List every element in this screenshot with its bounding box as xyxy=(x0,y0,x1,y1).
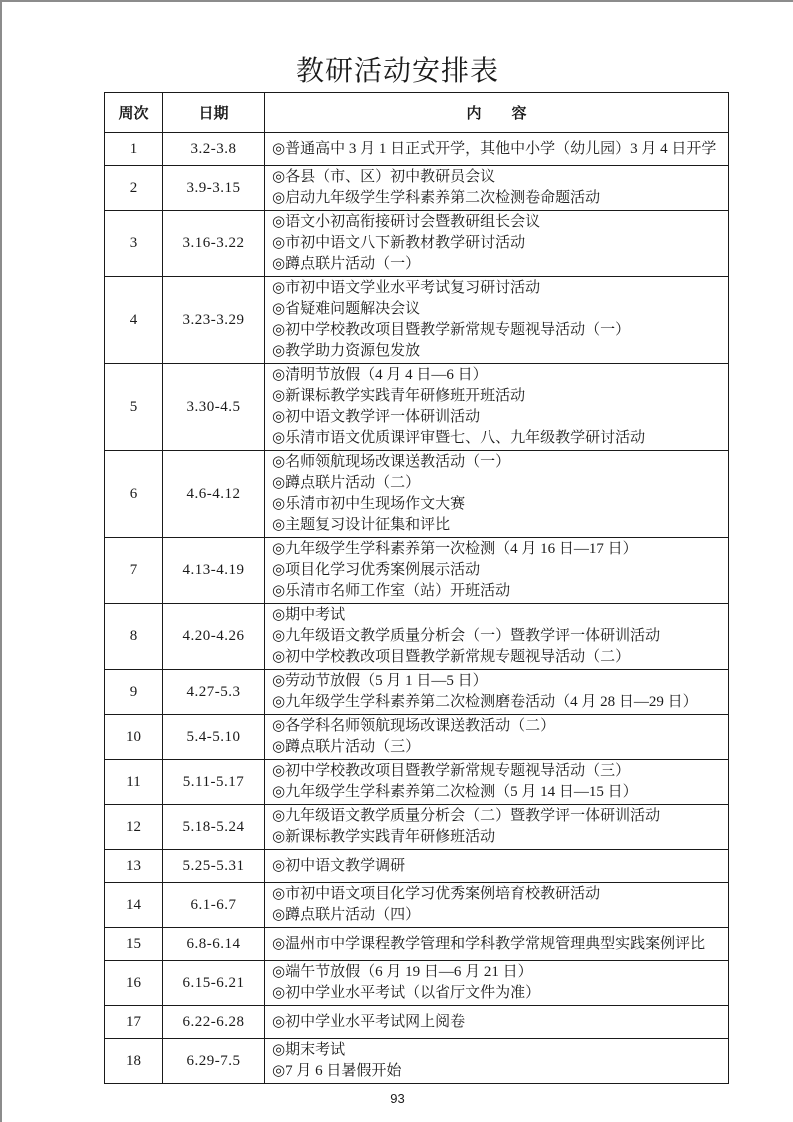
activity-item: ◎乐清市名师工作室（站）开班活动 xyxy=(272,581,724,602)
table-row: 43.23-3.29◎市初中语文学业水平考试复习研讨活动◎省疑难问题解决会议◎初… xyxy=(105,277,729,364)
activity-item: ◎教学助力资源包发放 xyxy=(272,341,724,362)
date-cell: 6.1-6.7 xyxy=(163,883,265,928)
page-title: 教研活动安排表 xyxy=(2,56,793,88)
header-week: 周次 xyxy=(105,93,163,133)
content-cell: ◎九年级学生学科素养第一次检测（4 月 16 日—17 日）◎项目化学习优秀案例… xyxy=(265,538,729,604)
activity-item: ◎名师领航现场改课送教活动（一） xyxy=(272,452,724,473)
table-row: 33.16-3.22◎语文小初高衔接研讨会暨教研组长会议◎市初中语文八下新教材教… xyxy=(105,211,729,277)
table-row: 186.29-7.5◎期末考试◎7 月 6 日暑假开始 xyxy=(105,1039,729,1084)
week-cell: 18 xyxy=(105,1039,163,1084)
activity-item: ◎初中学业水平考试网上阅卷 xyxy=(272,1012,724,1033)
week-cell: 1 xyxy=(105,133,163,166)
activity-item: ◎初中学校教改项目暨教学新常规专题视导活动（三） xyxy=(272,761,724,782)
schedule-body: 13.2-3.8◎普通高中 3 月 1 日正式开学，其他中小学（幼儿园）3 月 … xyxy=(105,133,729,1084)
schedule-table: 周次 日期 内 容 13.2-3.8◎普通高中 3 月 1 日正式开学，其他中小… xyxy=(104,92,729,1084)
table-row: 105.4-5.10◎各学科名师领航现场改课送教活动（二）◎蹲点联片活动（三） xyxy=(105,715,729,760)
table-row: 146.1-6.7◎市初中语文项目化学习优秀案例培育校教研活动◎蹲点联片活动（四… xyxy=(105,883,729,928)
content-cell: ◎清明节放假（4 月 4 日—6 日）◎新课标教学实践青年研修班开班活动◎初中语… xyxy=(265,364,729,451)
content-cell: ◎初中学校教改项目暨教学新常规专题视导活动（三）◎九年级学生学科素养第二次检测（… xyxy=(265,760,729,805)
activity-item: ◎九年级学生学科素养第一次检测（4 月 16 日—17 日） xyxy=(272,539,724,560)
table-row: 53.30-4.5◎清明节放假（4 月 4 日—6 日）◎新课标教学实践青年研修… xyxy=(105,364,729,451)
date-cell: 4.27-5.3 xyxy=(163,670,265,715)
week-cell: 2 xyxy=(105,166,163,211)
activity-item: ◎蹲点联片活动（三） xyxy=(272,737,724,758)
activity-item: ◎九年级学生学科素养第二次检测磨卷活动（4 月 28 日—29 日） xyxy=(272,692,724,713)
activity-item: ◎九年级学生学科素养第二次检测（5 月 14 日—15 日） xyxy=(272,782,724,803)
date-cell: 4.20-4.26 xyxy=(163,604,265,670)
week-cell: 12 xyxy=(105,805,163,850)
date-cell: 6.22-6.28 xyxy=(163,1006,265,1039)
activity-item: ◎蹲点联片活动（四） xyxy=(272,905,724,926)
activity-item: ◎清明节放假（4 月 4 日—6 日） xyxy=(272,365,724,386)
table-row: 64.6-4.12◎名师领航现场改课送教活动（一）◎蹲点联片活动（二）◎乐清市初… xyxy=(105,451,729,538)
week-cell: 7 xyxy=(105,538,163,604)
week-cell: 8 xyxy=(105,604,163,670)
activity-item: ◎语文小初高衔接研讨会暨教研组长会议 xyxy=(272,212,724,233)
week-cell: 14 xyxy=(105,883,163,928)
activity-item: ◎省疑难问题解决会议 xyxy=(272,299,724,320)
week-cell: 11 xyxy=(105,760,163,805)
table-row: 125.18-5.24◎九年级语文教学质量分析会（二）暨教学评一体研训活动◎新课… xyxy=(105,805,729,850)
date-cell: 6.29-7.5 xyxy=(163,1039,265,1084)
date-cell: 5.25-5.31 xyxy=(163,850,265,883)
content-cell: ◎温州市中学课程教学管理和学科教学常规管理典型实践案例评比 xyxy=(265,928,729,961)
activity-item: ◎初中语文教学评一体研训活动 xyxy=(272,407,724,428)
activity-item: ◎普通高中 3 月 1 日正式开学，其他中小学（幼儿园）3 月 4 日开学 xyxy=(272,139,724,160)
activity-item: ◎市初中语文八下新教材教学研讨活动 xyxy=(272,233,724,254)
document-page: 教研活动安排表 周次 日期 内 容 13.2-3.8◎普通高中 3 月 1 日正… xyxy=(0,0,793,1122)
date-cell: 5.18-5.24 xyxy=(163,805,265,850)
header-date: 日期 xyxy=(163,93,265,133)
table-row: 74.13-4.19◎九年级学生学科素养第一次检测（4 月 16 日—17 日）… xyxy=(105,538,729,604)
date-cell: 3.2-3.8 xyxy=(163,133,265,166)
week-cell: 13 xyxy=(105,850,163,883)
page-number: 93 xyxy=(2,1091,793,1106)
schedule-header: 周次 日期 内 容 xyxy=(105,93,729,133)
activity-item: ◎九年级语文教学质量分析会（一）暨教学评一体研训活动 xyxy=(272,626,724,647)
header-row: 周次 日期 内 容 xyxy=(105,93,729,133)
content-cell: ◎名师领航现场改课送教活动（一）◎蹲点联片活动（二）◎乐清市初中生现场作文大赛◎… xyxy=(265,451,729,538)
week-cell: 4 xyxy=(105,277,163,364)
table-row: 23.9-3.15◎各县（市、区）初中教研员会议◎启动九年级学生学科素养第二次检… xyxy=(105,166,729,211)
week-cell: 17 xyxy=(105,1006,163,1039)
content-cell: ◎各县（市、区）初中教研员会议◎启动九年级学生学科素养第二次检测卷命题活动 xyxy=(265,166,729,211)
date-cell: 5.11-5.17 xyxy=(163,760,265,805)
header-content: 内 容 xyxy=(265,93,729,133)
table-row: 176.22-6.28◎初中学业水平考试网上阅卷 xyxy=(105,1006,729,1039)
date-cell: 5.4-5.10 xyxy=(163,715,265,760)
date-cell: 3.9-3.15 xyxy=(163,166,265,211)
content-cell: ◎语文小初高衔接研讨会暨教研组长会议◎市初中语文八下新教材教学研讨活动◎蹲点联片… xyxy=(265,211,729,277)
date-cell: 6.15-6.21 xyxy=(163,961,265,1006)
week-cell: 6 xyxy=(105,451,163,538)
activity-item: ◎温州市中学课程教学管理和学科教学常规管理典型实践案例评比 xyxy=(272,934,724,955)
activity-item: ◎初中语文教学调研 xyxy=(272,856,724,877)
content-cell: ◎九年级语文教学质量分析会（二）暨教学评一体研训活动◎新课标教学实践青年研修班活… xyxy=(265,805,729,850)
activity-item: ◎项目化学习优秀案例展示活动 xyxy=(272,560,724,581)
table-row: 135.25-5.31◎初中语文教学调研 xyxy=(105,850,729,883)
table-row: 156.8-6.14◎温州市中学课程教学管理和学科教学常规管理典型实践案例评比 xyxy=(105,928,729,961)
activity-item: ◎7 月 6 日暑假开始 xyxy=(272,1061,724,1082)
week-cell: 5 xyxy=(105,364,163,451)
content-cell: ◎各学科名师领航现场改课送教活动（二）◎蹲点联片活动（三） xyxy=(265,715,729,760)
content-cell: ◎市初中语文项目化学习优秀案例培育校教研活动◎蹲点联片活动（四） xyxy=(265,883,729,928)
activity-item: ◎期中考试 xyxy=(272,605,724,626)
activity-item: ◎初中学校教改项目暨教学新常规专题视导活动（二） xyxy=(272,647,724,668)
table-row: 94.27-5.3◎劳动节放假（5 月 1 日—5 日）◎九年级学生学科素养第二… xyxy=(105,670,729,715)
activity-item: ◎蹲点联片活动（一） xyxy=(272,254,724,275)
content-cell: ◎期末考试◎7 月 6 日暑假开始 xyxy=(265,1039,729,1084)
week-cell: 10 xyxy=(105,715,163,760)
activity-item: ◎端午节放假（6 月 19 日—6 月 21 日） xyxy=(272,962,724,983)
activity-item: ◎蹲点联片活动（二） xyxy=(272,473,724,494)
content-cell: ◎初中学业水平考试网上阅卷 xyxy=(265,1006,729,1039)
date-cell: 3.30-4.5 xyxy=(163,364,265,451)
date-cell: 3.16-3.22 xyxy=(163,211,265,277)
table-row: 115.11-5.17◎初中学校教改项目暨教学新常规专题视导活动（三）◎九年级学… xyxy=(105,760,729,805)
activity-item: ◎主题复习设计征集和评比 xyxy=(272,515,724,536)
date-cell: 3.23-3.29 xyxy=(163,277,265,364)
activity-item: ◎初中学业水平考试（以省厅文件为准） xyxy=(272,983,724,1004)
activity-item: ◎乐清市初中生现场作文大赛 xyxy=(272,494,724,515)
content-cell: ◎市初中语文学业水平考试复习研讨活动◎省疑难问题解决会议◎初中学校教改项目暨教学… xyxy=(265,277,729,364)
activity-item: ◎乐清市语文优质课评审暨七、八、九年级教学研讨活动 xyxy=(272,428,724,449)
activity-item: ◎劳动节放假（5 月 1 日—5 日） xyxy=(272,671,724,692)
content-cell: ◎普通高中 3 月 1 日正式开学，其他中小学（幼儿园）3 月 4 日开学 xyxy=(265,133,729,166)
date-cell: 4.13-4.19 xyxy=(163,538,265,604)
content-cell: ◎劳动节放假（5 月 1 日—5 日）◎九年级学生学科素养第二次检测磨卷活动（4… xyxy=(265,670,729,715)
activity-item: ◎新课标教学实践青年研修班开班活动 xyxy=(272,386,724,407)
activity-item: ◎各县（市、区）初中教研员会议 xyxy=(272,167,724,188)
activity-item: ◎期末考试 xyxy=(272,1040,724,1061)
week-cell: 15 xyxy=(105,928,163,961)
content-cell: ◎初中语文教学调研 xyxy=(265,850,729,883)
date-cell: 4.6-4.12 xyxy=(163,451,265,538)
activity-item: ◎新课标教学实践青年研修班活动 xyxy=(272,827,724,848)
activity-item: ◎九年级语文教学质量分析会（二）暨教学评一体研训活动 xyxy=(272,806,724,827)
activity-item: ◎市初中语文项目化学习优秀案例培育校教研活动 xyxy=(272,884,724,905)
activity-item: ◎启动九年级学生学科素养第二次检测卷命题活动 xyxy=(272,188,724,209)
content-cell: ◎期中考试◎九年级语文教学质量分析会（一）暨教学评一体研训活动◎初中学校教改项目… xyxy=(265,604,729,670)
week-cell: 16 xyxy=(105,961,163,1006)
table-row: 84.20-4.26◎期中考试◎九年级语文教学质量分析会（一）暨教学评一体研训活… xyxy=(105,604,729,670)
date-cell: 6.8-6.14 xyxy=(163,928,265,961)
activity-item: ◎市初中语文学业水平考试复习研讨活动 xyxy=(272,278,724,299)
table-row: 13.2-3.8◎普通高中 3 月 1 日正式开学，其他中小学（幼儿园）3 月 … xyxy=(105,133,729,166)
week-cell: 3 xyxy=(105,211,163,277)
table-row: 166.15-6.21◎端午节放假（6 月 19 日—6 月 21 日）◎初中学… xyxy=(105,961,729,1006)
activity-item: ◎各学科名师领航现场改课送教活动（二） xyxy=(272,716,724,737)
week-cell: 9 xyxy=(105,670,163,715)
content-cell: ◎端午节放假（6 月 19 日—6 月 21 日）◎初中学业水平考试（以省厅文件… xyxy=(265,961,729,1006)
activity-item: ◎初中学校教改项目暨教学新常规专题视导活动（一） xyxy=(272,320,724,341)
